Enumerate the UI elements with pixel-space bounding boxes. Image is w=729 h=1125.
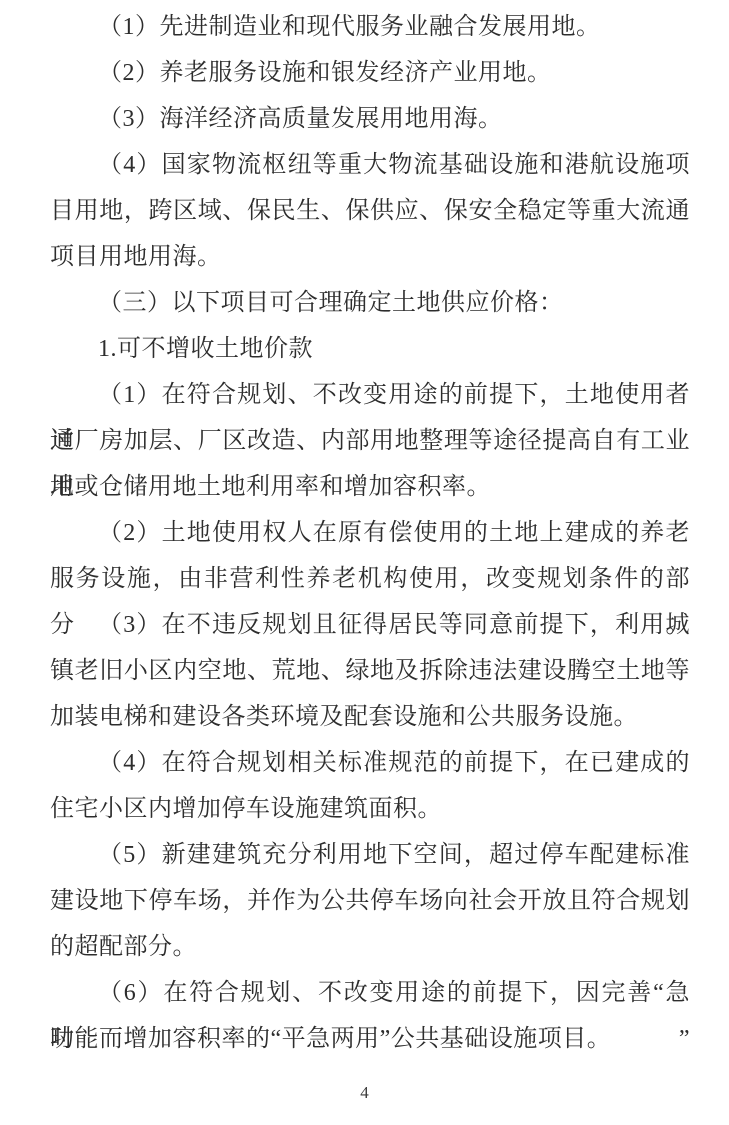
- page-number: 4: [0, 1081, 729, 1105]
- text-line-7: （三）以下项目可合理确定土地供应价格：: [50, 280, 690, 326]
- text-line-13: 服务设施，由非营利性养老机构使用，改变规划条件的部分。: [50, 556, 690, 602]
- text-line-18: 住宅小区内增加停车设施建筑面积。: [50, 786, 690, 832]
- text-line-11: 地或仓储用地土地利用率和增加容积率。: [50, 464, 690, 510]
- text-line-14: （3）在不违反规划且征得居民等同意前提下，利用城: [50, 602, 690, 648]
- text-line-21: 的超配部分。: [50, 924, 690, 970]
- text-line-3: （3）海洋经济高质量发展用地用海。: [50, 96, 690, 142]
- text-line-23: 功能而增加容积率的“平急两用”公共基础设施项目。: [50, 1016, 690, 1062]
- document-text-block: （1）先进制造业和现代服务业融合发展用地。 （2）养老服务设施和银发经济产业用地…: [50, 4, 690, 1062]
- text-line-15: 镇老旧小区内空地、荒地、绿地及拆除违法建设腾空土地等: [50, 648, 690, 694]
- text-line-17: （4）在符合规划相关标准规范的前提下，在已建成的: [50, 740, 690, 786]
- text-line-22: （6）在符合规划、不改变用途的前提下，因完善“急时”: [50, 970, 690, 1016]
- text-line-5: 目用地，跨区域、保民生、保供应、保安全稳定等重大流通: [50, 188, 690, 234]
- text-line-9: （1）在符合规划、不改变用途的前提下，土地使用者通: [50, 372, 690, 418]
- text-line-20: 建设地下停车场，并作为公共停车场向社会开放且符合规划: [50, 878, 690, 924]
- document-page: （1）先进制造业和现代服务业融合发展用地。 （2）养老服务设施和银发经济产业用地…: [0, 0, 729, 1125]
- text-line-6: 项目用地用海。: [50, 234, 690, 280]
- text-line-2: （2）养老服务设施和银发经济产业用地。: [50, 50, 690, 96]
- text-line-16: 加装电梯和建设各类环境及配套设施和公共服务设施。: [50, 694, 690, 740]
- text-line-8: 1.可不增收土地价款: [50, 326, 690, 372]
- text-line-12: （2）土地使用权人在原有偿使用的土地上建成的养老: [50, 510, 690, 556]
- text-line-19: （5）新建建筑充分利用地下空间，超过停车配建标准: [50, 832, 690, 878]
- text-line-4: （4）国家物流枢纽等重大物流基础设施和港航设施项: [50, 142, 690, 188]
- text-line-10: 过厂房加层、厂区改造、内部用地整理等途径提高自有工业用: [50, 418, 690, 464]
- text-line-1: （1）先进制造业和现代服务业融合发展用地。: [50, 4, 690, 50]
